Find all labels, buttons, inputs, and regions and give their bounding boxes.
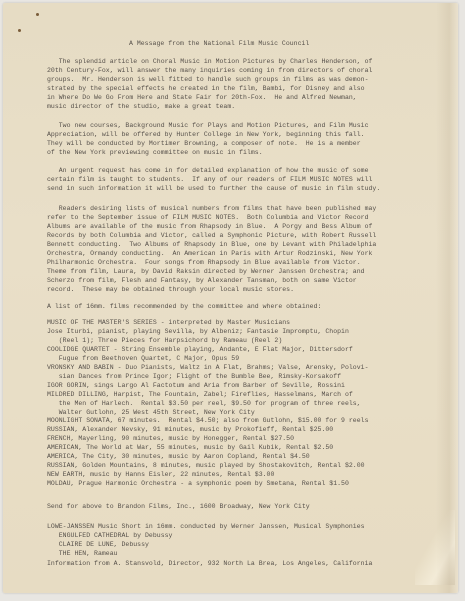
text-line: Philharmonic Orchestra. Four songs from … — [47, 259, 361, 268]
text-line: the Men of Harlech. Rental $3.50 per ree… — [47, 400, 361, 409]
text-line: Scherzo from film, Flesh and Fantasy, by… — [47, 277, 357, 286]
text-line: CLAIRE DE LUNE, Debussy — [47, 541, 149, 550]
text-line: FRENCH, Mayerling, 90 minutes, music by … — [47, 435, 294, 444]
text-line: Theme from film, Laura, by David Raksin … — [47, 268, 365, 277]
text-line: A list of 16mm. films recommended by the… — [47, 303, 321, 312]
text-line: Two new courses, Background Music for Pl… — [47, 122, 369, 131]
text-line: music director of the studio, make a gre… — [47, 103, 235, 112]
text-line: Records by both Columbia and Victor, cal… — [47, 232, 376, 241]
text-line: record. These may be obtained through yo… — [47, 286, 294, 295]
text-line: THE HEN, Rameau — [47, 550, 118, 559]
text-line: COOLIDGE QUARTET - String Ensemble playi… — [47, 346, 353, 355]
text-line: IGOR GORIN, sings Largo Al Factotum and … — [47, 382, 345, 391]
text-line: (Reel 1); Three Pieces for Harpsichord b… — [47, 337, 282, 346]
text-line: Send for above to Brandon Films, Inc., 1… — [47, 503, 310, 512]
text-line: MOONLIGHT SONATA, 67 minutes. Rental $4.… — [47, 417, 369, 426]
text-line: MILDRED DILLING, Harpist, The Fountain, … — [47, 391, 353, 400]
page-curl — [415, 510, 455, 585]
text-line: Albums are available of the music from R… — [47, 223, 372, 232]
text-line: Jose Iturbi, pianist, playing Sevilla, b… — [47, 328, 349, 337]
text-line: ENGULFED CATHEDRAL by Debussy — [47, 532, 172, 541]
text-line: LOWE-JANSSEN Music Short in 16mm. conduc… — [47, 523, 365, 532]
text-line: Walter Gutlohn, 25 West 45th Street, New… — [47, 409, 255, 418]
text-line: groups. Mr. Henderson is well fitted to … — [47, 76, 369, 85]
text-line: certain film is taught to students. If a… — [47, 176, 372, 185]
document-body: A Message from the National Film Music C… — [47, 0, 447, 36]
text-line: send in such information it will be used… — [47, 185, 380, 194]
text-line: sian Dances from Prince Igor; Flight of … — [47, 373, 341, 382]
text-line: Appreciation, will be offered by Hunter … — [47, 131, 365, 140]
text-line: AMERICA, The City, 30 minutes, music by … — [47, 453, 310, 462]
document-title: A Message from the National Film Music C… — [129, 40, 309, 49]
ink-spot — [36, 13, 39, 16]
text-line: MUSIC OF THE MASTER'S SERIES - interpret… — [47, 319, 290, 328]
text-line: An urgent request has come in for detail… — [47, 167, 369, 176]
text-line: Fugue from Beethoven Quartet, C Major, O… — [47, 355, 239, 364]
text-line: AMERICAN, The World at War, 55 minutes, … — [47, 444, 333, 453]
text-line: 20th Century-Fox, will answer the many i… — [47, 67, 372, 76]
text-line: RUSSIAN, Alexander Nevsky, 91 minutes, m… — [47, 426, 333, 435]
text-line: MOLDAU, Prague Harmonic Orchestra - a sy… — [47, 480, 349, 489]
text-line: They will be conducted by Mortimer Brown… — [47, 140, 361, 149]
text-line: refer to the September issue of FILM MUS… — [47, 214, 369, 223]
text-line: Readers desiring lists of musical number… — [47, 205, 376, 214]
text-line: The splendid article on Choral Music in … — [47, 58, 372, 67]
text-line: Bennett conducting. Two Albums of Rhapso… — [47, 241, 376, 250]
text-line: in Where Do We Go From Here and State Fa… — [47, 94, 357, 103]
text-line: strated by the special effects he create… — [47, 85, 365, 94]
text-line: Orchestra, Ormandy conducting. An Americ… — [47, 250, 372, 259]
text-line: NEW EARTH, music by Hanns Eisler, 22 min… — [47, 471, 274, 480]
text-line: of the New York previewing committee on … — [47, 149, 263, 158]
text-line: RUSSIAN, Golden Mountains, 8 minutes, mu… — [47, 462, 365, 471]
text-line: VRONSKY AND BABIN - Duo Pianists, Waltz … — [47, 364, 369, 373]
text-line: Information from A. Stansvold, Director,… — [47, 560, 372, 569]
ink-spot — [18, 29, 21, 32]
